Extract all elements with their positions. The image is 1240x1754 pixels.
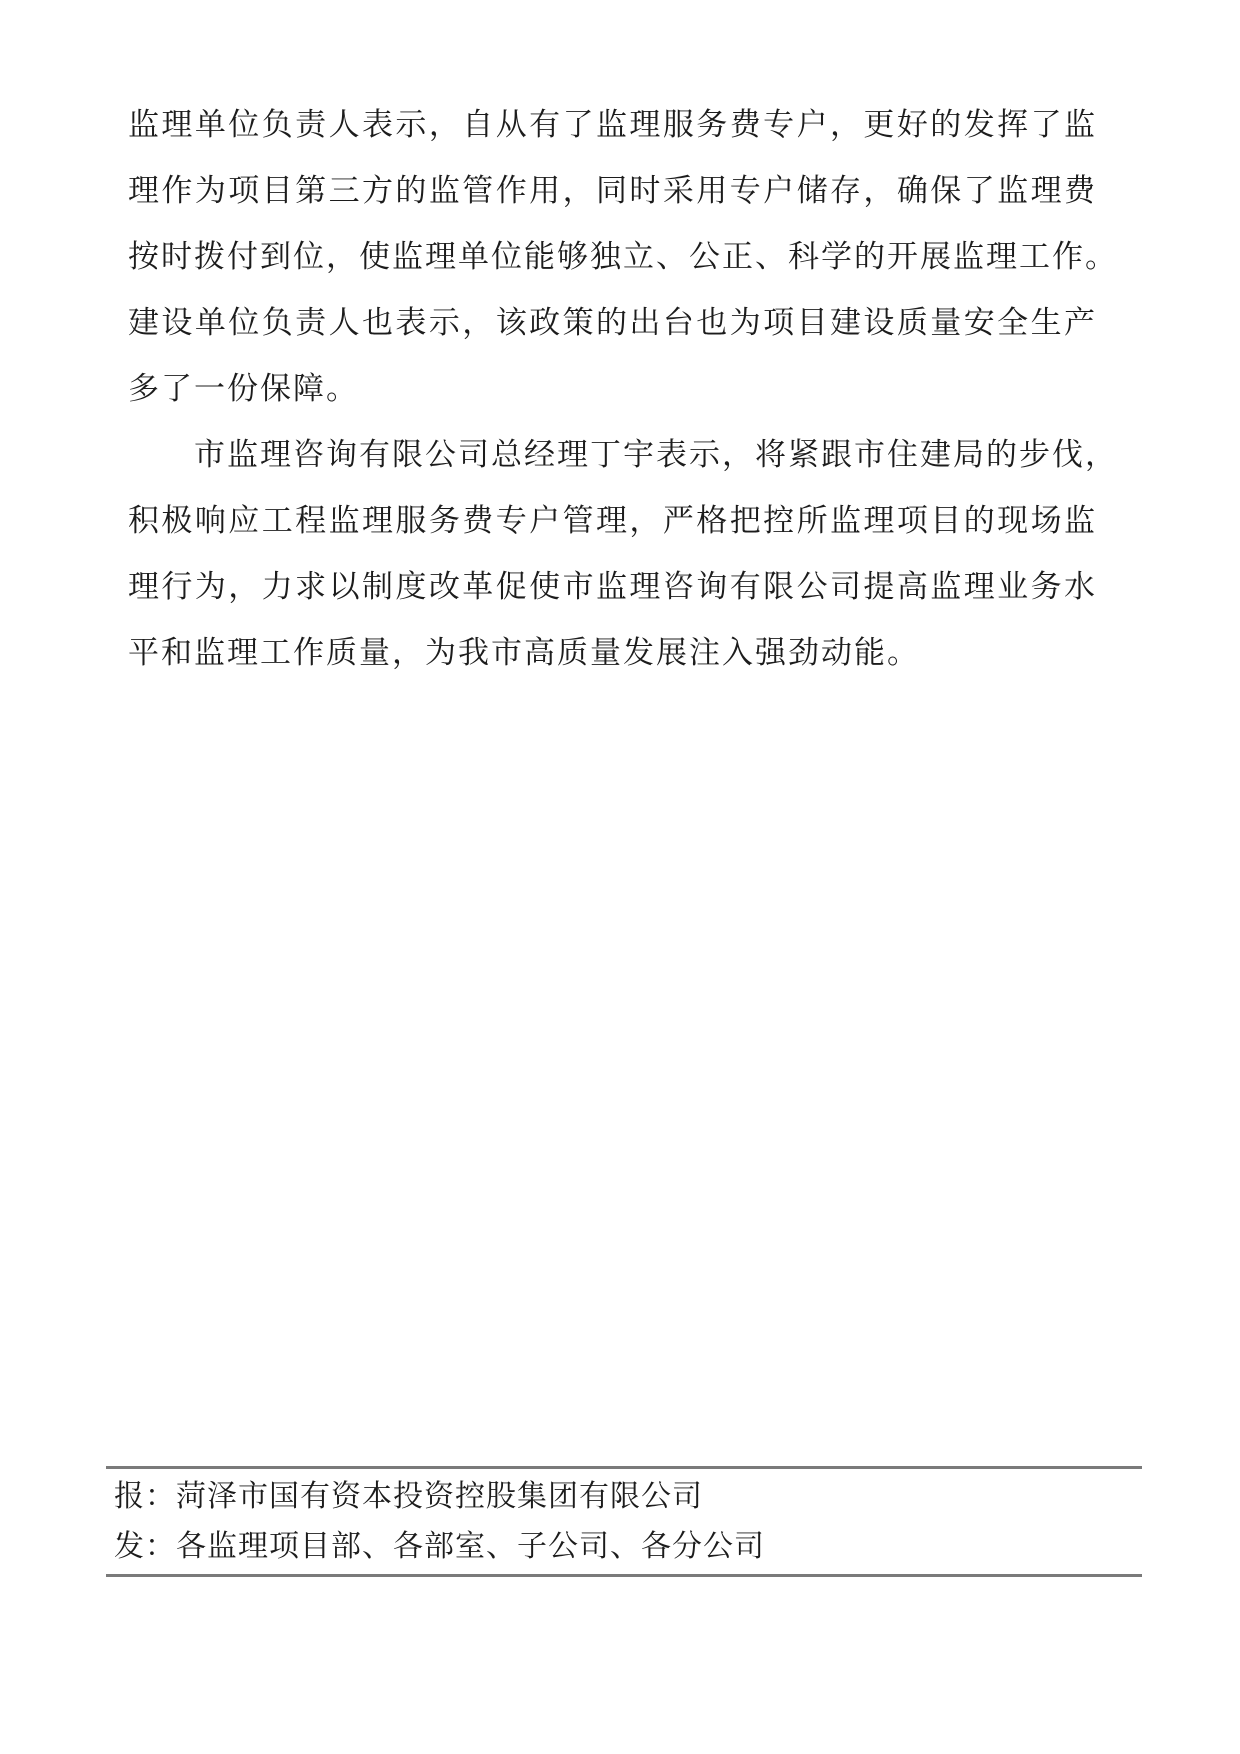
footer-rows: 报：菏泽市国有资本投资控股集团有限公司发：各监理项目部、各部室、子公司、各分公司 xyxy=(106,1469,1142,1574)
document-body: 监理单位负责人表示，自从有了监理服务费专户，更好的发挥了监理作为项目第三方的监管… xyxy=(128,92,1097,686)
footer-report-to-line: 报：菏泽市国有资本投资控股集团有限公司 xyxy=(106,1472,1142,1522)
footer-distribute-to-line: 发：各监理项目部、各部室、子公司、各分公司 xyxy=(106,1522,1142,1572)
body-text-line: 理行为，力求以制度改革促使市监理咨询有限公司提高监理业务水 xyxy=(128,554,1097,620)
document-footer: 报：菏泽市国有资本投资控股集团有限公司发：各监理项目部、各部室、子公司、各分公司 xyxy=(106,1466,1142,1577)
footer-bottom-rule xyxy=(106,1574,1142,1577)
body-text-line: 理作为项目第三方的监管作用，同时采用专户储存，确保了监理费 xyxy=(128,158,1097,224)
body-text-line: 按时拨付到位，使监理单位能够独立、公正、科学的开展监理工作。 xyxy=(128,224,1097,290)
body-text-line: 积极响应工程监理服务费专户管理，严格把控所监理项目的现场监 xyxy=(128,488,1097,554)
body-text-line: 平和监理工作质量，为我市高质量发展注入强劲动能。 xyxy=(128,620,1097,686)
body-text-line: 监理单位负责人表示，自从有了监理服务费专户，更好的发挥了监 xyxy=(128,92,1097,158)
document-page: 监理单位负责人表示，自从有了监理服务费专户，更好的发挥了监理作为项目第三方的监管… xyxy=(0,0,1240,1754)
body-text-line: 建设单位负责人也表示，该政策的出台也为项目建设质量安全生产 xyxy=(128,290,1097,356)
body-text-line: 市监理咨询有限公司总经理丁宇表示，将紧跟市住建局的步伐， xyxy=(128,422,1097,488)
body-text-line: 多了一份保障。 xyxy=(128,356,1097,422)
